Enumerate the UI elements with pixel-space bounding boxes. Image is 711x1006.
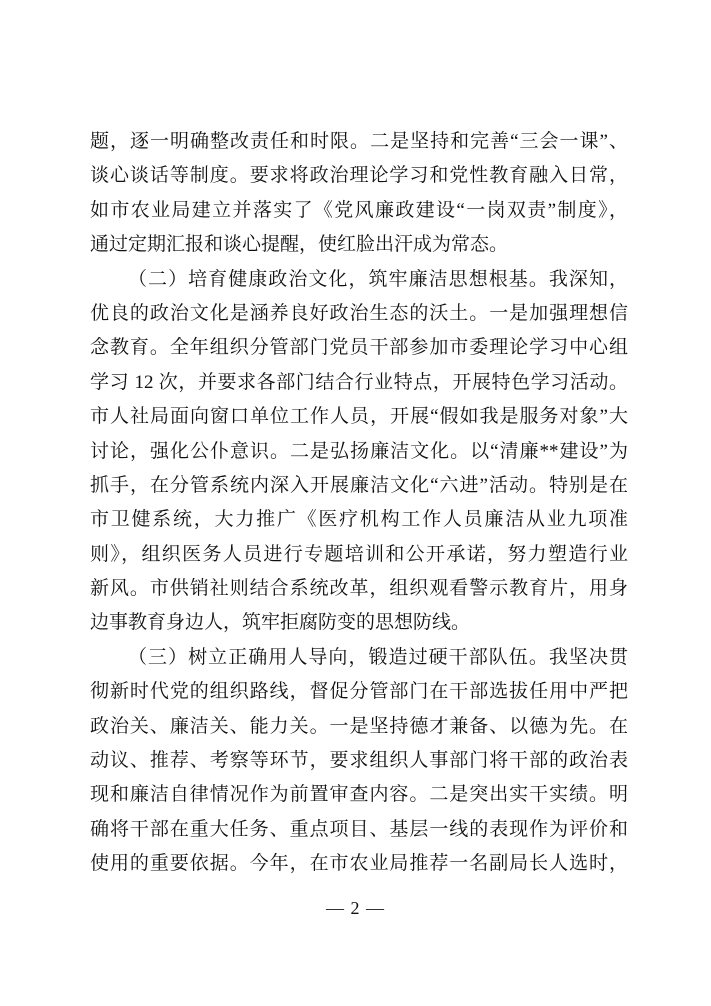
text-line: 边事教育身边人，筑牢拒腐防变的思想防线。 [90,606,628,640]
text-line: 彻新时代党的组织路线，督促分管部门在干部选拔任用中严把 [90,675,628,709]
text-line: 政治关、廉洁关、能力关。一是坚持德才兼备、以德为先。在 [90,710,628,744]
text-line: 新风。市供销社则结合系统改革，组织观看警示教育片，用身 [90,572,628,606]
text-line: 题，逐一明确整改责任和时限。二是坚持和完善“三会一课”、 [90,125,628,159]
text-line: 市人社局面向窗口单位工作人员，开展“假如我是服务对象”大 [90,400,628,434]
text-line: 使用的重要依据。今年，在市农业局推荐一名副局长人选时， [90,847,628,881]
text-line: 则》，组织医务人员进行专题培训和公开承诺，努力塑造行业 [90,538,628,572]
text-line: 念教育。全年组织分管部门党员干部参加市委理论学习中心组 [90,331,628,365]
text-line: 优良的政治文化是涵养良好政治生态的沃土。一是加强理想信 [90,297,628,331]
text-line: 谈心谈话等制度。要求将政治理论学习和党性教育融入日常， [90,159,628,193]
text-line: 确将干部在重大任务、重点项目、基层一线的表现作为评价和 [90,813,628,847]
document-page: 题，逐一明确整改责任和时限。二是坚持和完善“三会一课”、 谈心谈话等制度。要求将… [0,0,711,1006]
text-line: 抓手，在分管系统内深入开展廉洁文化“六进”活动。特别是在 [90,469,628,503]
text-line: 通过定期汇报和谈心提醒，使红脸出汗成为常态。 [90,228,628,262]
text-line: 动议、推荐、考察等环节，要求组织人事部门将干部的政治表 [90,744,628,778]
text-line: 现和廉洁自律情况作为前置审查内容。二是突出实干实绩。明 [90,778,628,812]
text-line: （二）培育健康政治文化，筑牢廉洁思想根基。我深知， [90,263,628,297]
page-number: — 2 — [0,896,711,920]
text-line: 讨论，强化公仆意识。二是弘扬廉洁文化。以“清廉**建设”为 [90,435,628,469]
text-line: 市卫健系统，大力推广《医疗机构工作人员廉洁从业九项准 [90,503,628,537]
document-text-block: 题，逐一明确整改责任和时限。二是坚持和完善“三会一课”、 谈心谈话等制度。要求将… [90,125,628,882]
text-line: 如市农业局建立并落实了《党风廉政建设“一岗双责”制度》， [90,194,628,228]
text-line: （三）树立正确用人导向，锻造过硬干部队伍。我坚决贯 [90,641,628,675]
text-line: 学习 12 次，并要求各部门结合行业特点，开展特色学习活动。 [90,366,628,400]
